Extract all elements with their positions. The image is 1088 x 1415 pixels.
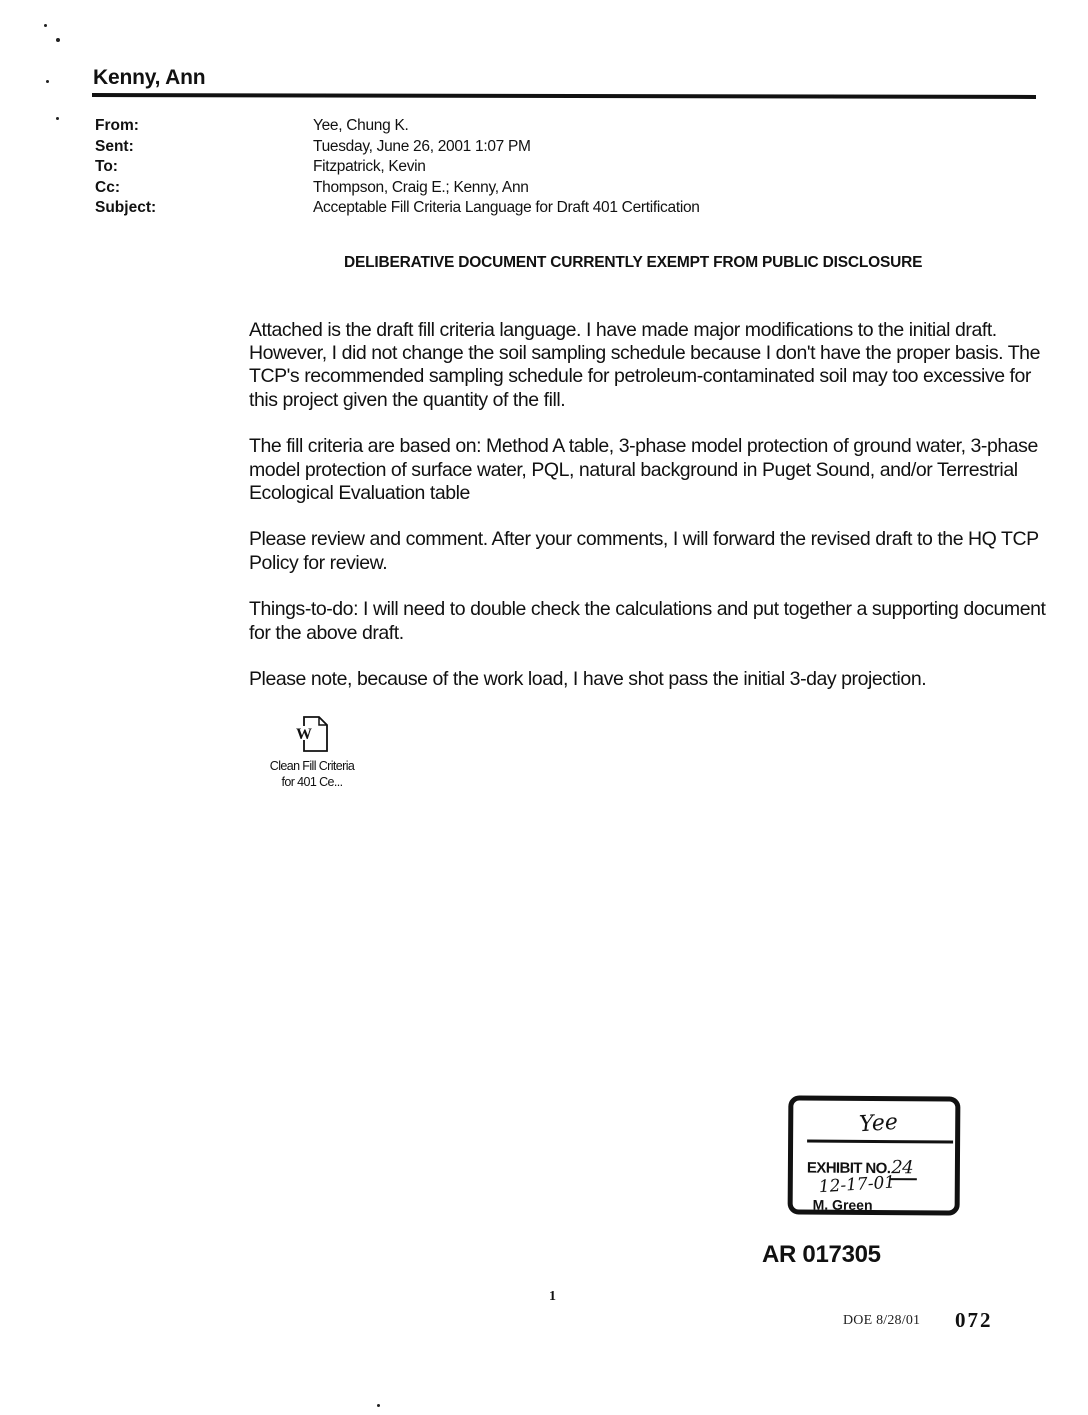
body-paragraph: Please review and comment. After your co… — [249, 528, 1049, 574]
word-document-icon: W — [292, 714, 332, 754]
body-paragraph: Things-to-do: I will need to double chec… — [249, 598, 1049, 644]
body-paragraph: The fill criteria are based on: Method A… — [249, 435, 1049, 505]
attachment-filename-line2: for 401 Ce... — [252, 774, 372, 790]
header-value-from: Yee, Chung K. — [313, 116, 409, 137]
bates-number: 072 — [955, 1308, 993, 1333]
header-value-cc: Thompson, Craig E.; Kenny, Ann — [313, 178, 529, 199]
scan-speck — [46, 80, 49, 83]
exhibit-date: 12-17-01 — [818, 1173, 895, 1198]
scan-speck — [377, 1404, 380, 1407]
header-cc: Cc: Thompson, Craig E.; Kenny, Ann — [95, 178, 700, 199]
body-paragraph: Please note, because of the work load, I… — [249, 668, 1049, 691]
attachment-filename: Clean Fill Criteria for 401 Ce... — [252, 758, 372, 790]
header-label: To: — [95, 157, 313, 178]
ar-number: AR 017305 — [762, 1241, 881, 1269]
doe-date-stamp: DOE 8/28/01 — [843, 1313, 920, 1329]
header-value-subject: Acceptable Fill Criteria Language for Dr… — [313, 198, 700, 219]
svg-text:W: W — [296, 726, 312, 743]
signature-line — [807, 1140, 953, 1144]
exhibit-signature: Yee — [858, 1110, 898, 1137]
header-subject: Subject: Acceptable Fill Criteria Langua… — [95, 198, 700, 219]
header-label: Cc: — [95, 178, 313, 199]
header-sent: Sent: Tuesday, June 26, 2001 1:07 PM — [95, 137, 700, 158]
header-divider — [92, 93, 1036, 99]
header-value-to: Fitzpatrick, Kevin — [313, 157, 426, 178]
email-headers: From: Yee, Chung K. Sent: Tuesday, June … — [95, 116, 700, 219]
scan-speck — [56, 38, 60, 42]
scan-speck — [56, 117, 59, 120]
header-value-sent: Tuesday, June 26, 2001 1:07 PM — [313, 137, 531, 158]
body-paragraph: Attached is the draft fill criteria lang… — [249, 319, 1049, 412]
header-label: Sent: — [95, 137, 313, 158]
header-from: From: Yee, Chung K. — [95, 116, 700, 137]
attachment-word-document[interactable]: W Clean Fill Criteria for 401 Ce... — [252, 714, 372, 790]
header-label: From: — [95, 116, 313, 137]
scan-speck — [44, 24, 47, 27]
mailbox-owner-name: Kenny, Ann — [93, 66, 205, 90]
header-label: Subject: — [95, 198, 313, 219]
exhibit-stamp: Yee EXHIBIT NO.24 12-17-01 M. Green — [788, 1095, 961, 1215]
exhibit-reporter: M. Green — [813, 1197, 873, 1213]
email-body: Attached is the draft fill criteria lang… — [249, 319, 1049, 715]
page-number: 1 — [549, 1289, 556, 1305]
confidentiality-banner: DELIBERATIVE DOCUMENT CURRENTLY EXEMPT F… — [344, 254, 922, 272]
header-to: To: Fitzpatrick, Kevin — [95, 157, 700, 178]
attachment-filename-line1: Clean Fill Criteria — [252, 758, 372, 774]
